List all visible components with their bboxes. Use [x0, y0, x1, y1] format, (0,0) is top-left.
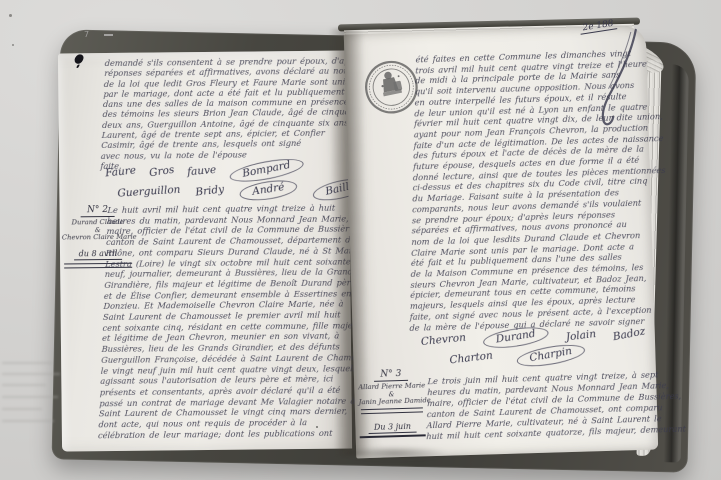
record-2-text: Le huit avril mil huit cent quatre vingt…: [98, 202, 360, 440]
record-date: Du 3 juin: [359, 413, 426, 434]
scan-speck: [9, 14, 12, 17]
record-3-text: Le trois juin mil huit cent quatre vingt…: [426, 369, 655, 442]
ghost-bleedthrough-line: [2, 408, 42, 410]
margin-note-record-3: N° 3 Allard Pierre Marie & Janin Jeanne …: [358, 360, 426, 438]
pencil-page-note: 7: [84, 30, 93, 39]
ghost-bleedthrough-line: [2, 420, 54, 422]
ghost-bleedthrough-line: [2, 373, 60, 375]
margin-rule: [360, 434, 426, 438]
signature: Jolain: [565, 328, 596, 343]
right-page: 2e 188 été faites en cette Commune les d…: [344, 26, 658, 459]
signature-row: FaureGrosfauveBompard: [105, 161, 304, 181]
signature: Faure: [105, 164, 137, 179]
gutter-bottom-shadow: [334, 444, 484, 462]
signature: fauve: [187, 164, 217, 178]
pencil-dash-mark: [104, 34, 113, 36]
record-number-label: N° 3: [373, 369, 408, 382]
signature: Badoz: [612, 325, 646, 343]
signature-row: GuerguillonBridyAndréBailly: [117, 180, 368, 201]
signature: Charton: [449, 349, 493, 366]
ghost-bleedthrough-line: [2, 362, 52, 364]
signature: Gros: [148, 164, 175, 180]
handwriting-line: célébration de leur mariage; dont les pu…: [98, 427, 350, 440]
record-date-label: Du 3 juin: [369, 422, 416, 434]
left-page: demandé s'ils consentent à se prendre po…: [58, 50, 352, 451]
ghost-bleedthrough-line: [2, 396, 58, 398]
record-1-ending-text: demandé s'ils consentent à se prendre po…: [100, 55, 355, 171]
signature: Chevron: [420, 332, 466, 348]
scan-speck: [12, 44, 14, 46]
signature: André: [238, 177, 298, 204]
scan-speck: [316, 426, 318, 428]
signature-row: ChartonCharpin: [449, 346, 586, 368]
ghost-bleedthrough-line: [2, 384, 46, 386]
scanned-register-photo: demandé s'ils consentent à se prendre po…: [0, 0, 721, 480]
signature: Bridy: [195, 183, 225, 198]
record-number: N° 3: [358, 360, 425, 383]
record-2-continued-text: été faites en cette Commune les dimanche…: [409, 47, 651, 333]
bride-name: Janin Jeanne Damide: [359, 396, 425, 406]
